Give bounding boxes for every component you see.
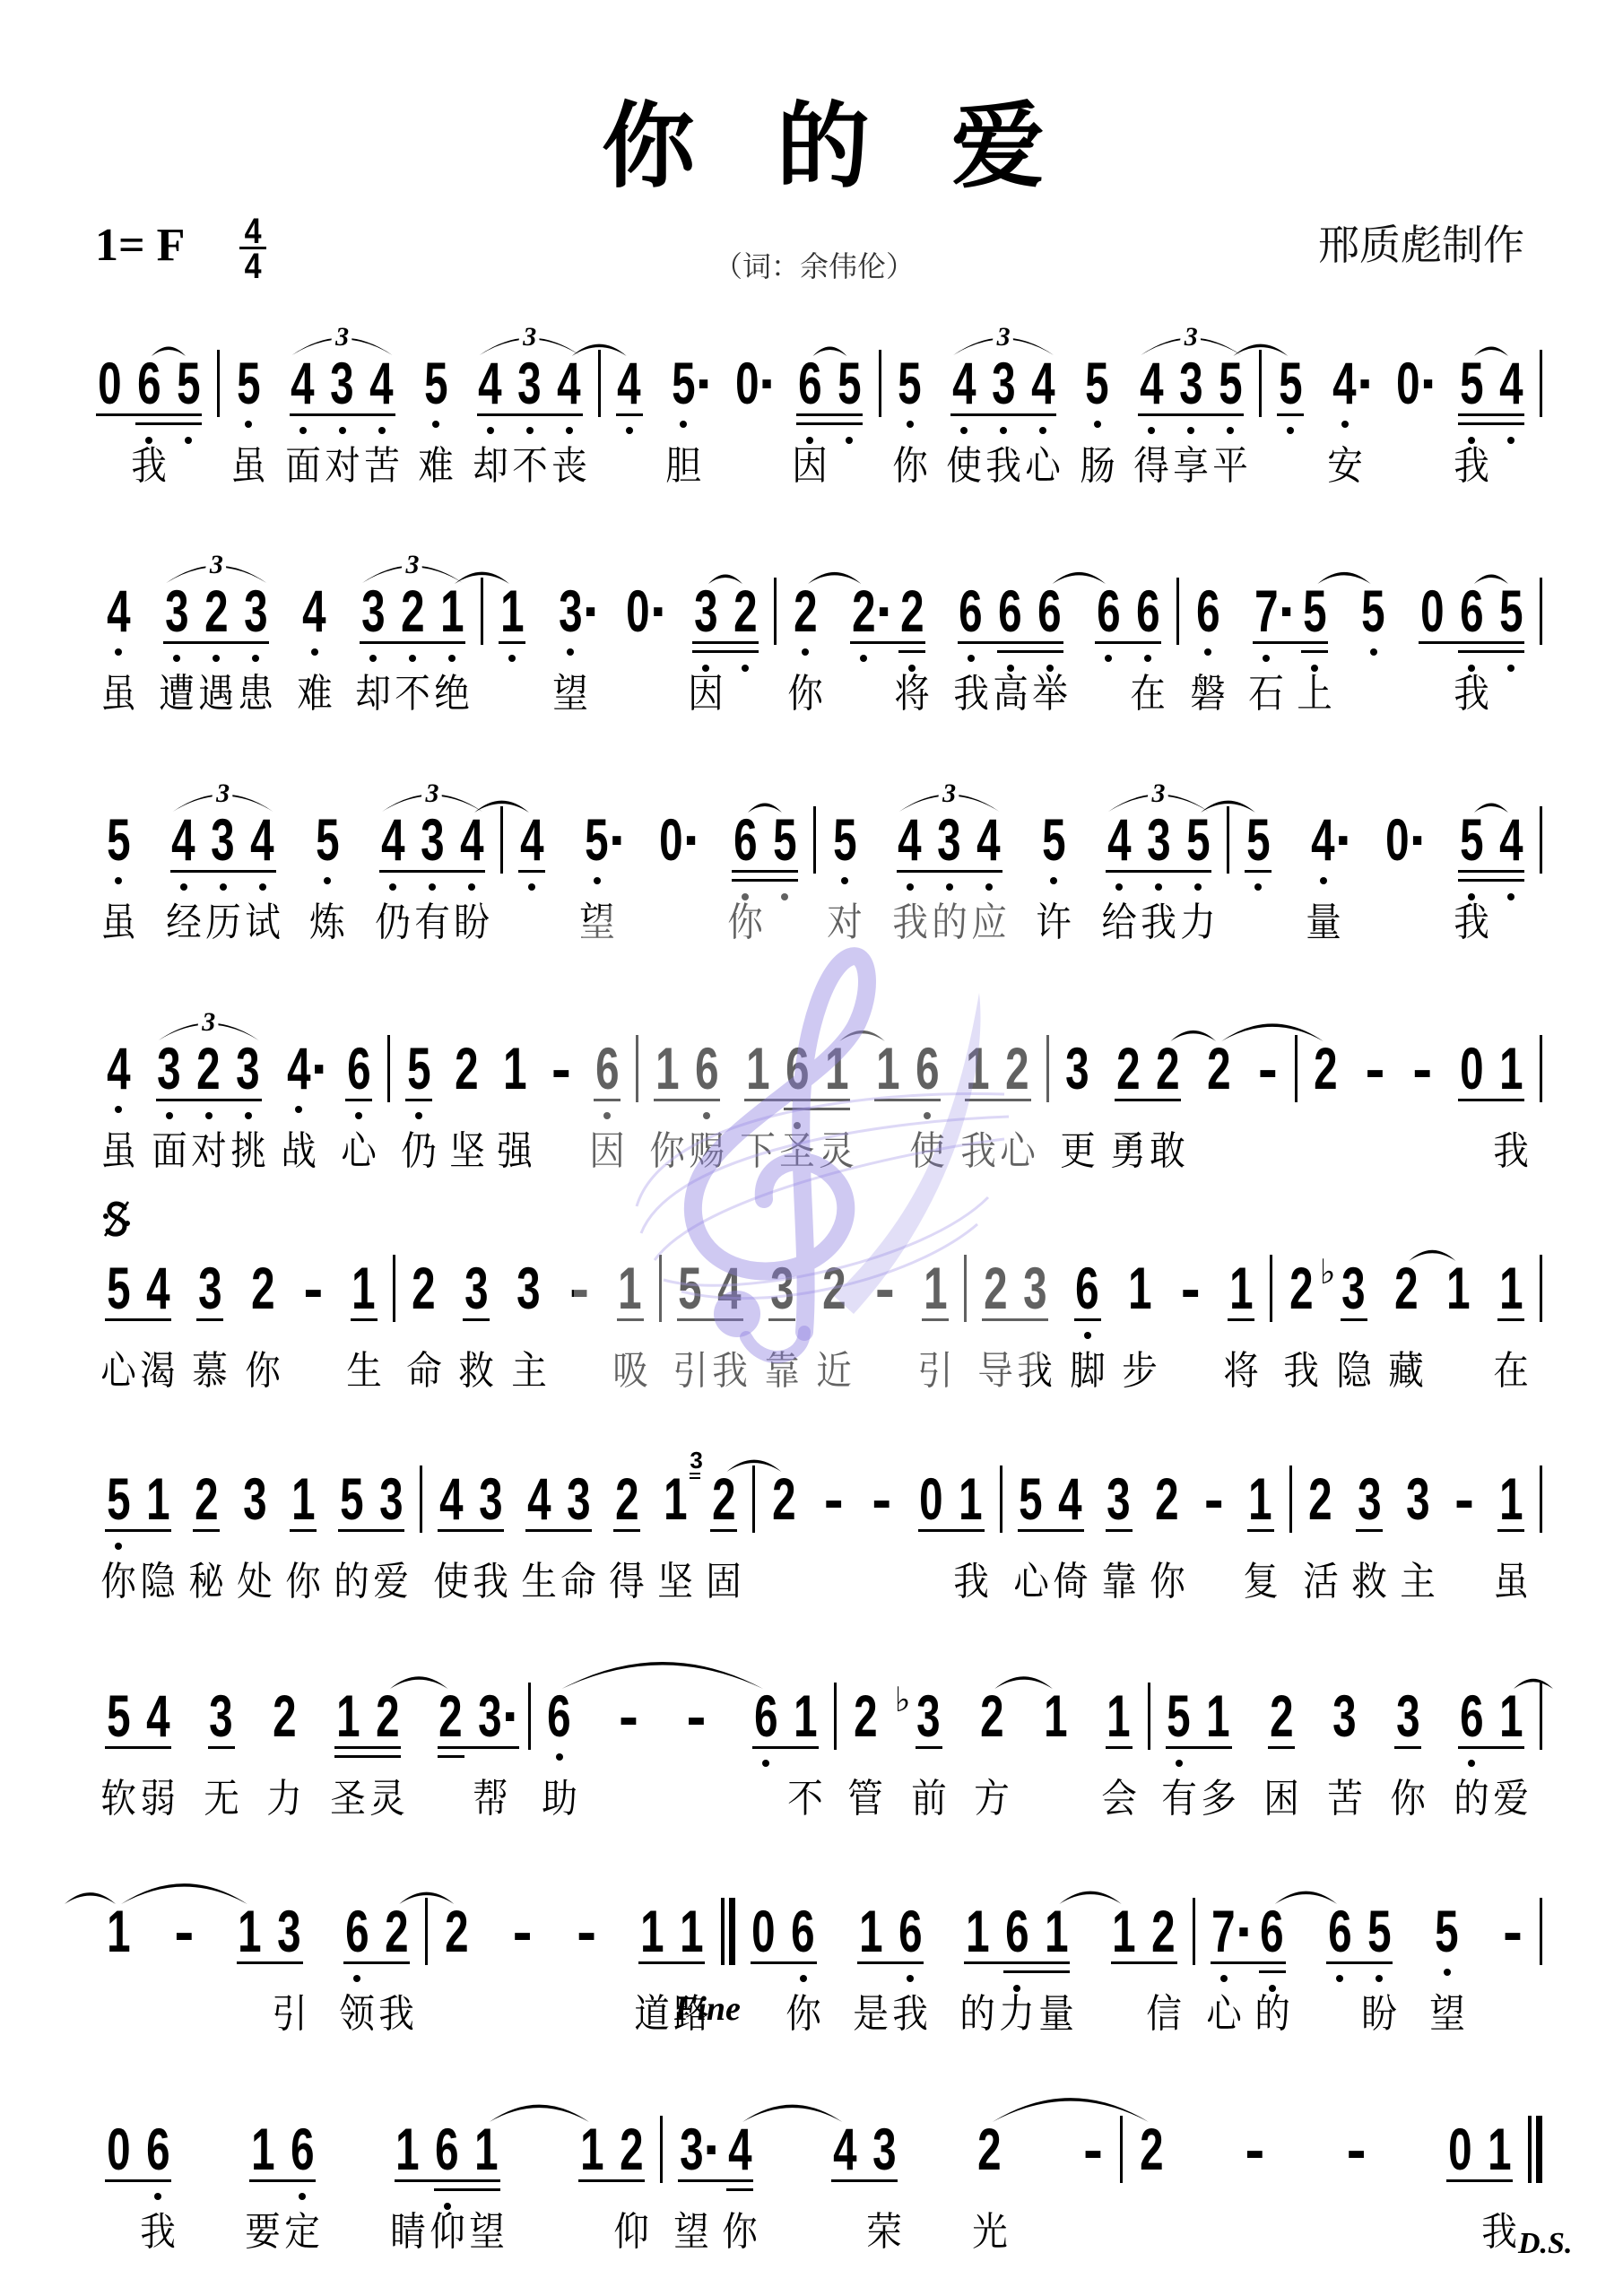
note: 3引 [270,1908,309,1954]
note: 1路 [672,1908,711,1954]
lyric-char: 渴 [140,1351,176,1392]
note-group: 3主 [1398,1475,1437,1522]
note: 2命 [404,1265,444,1311]
note: 5我 [1452,360,1491,406]
lyric-char: 主 [511,1351,547,1392]
lyric-char: 平 [1212,446,1248,487]
lyric-char: 高 [993,674,1028,715]
note-glyph: 1 [503,1045,526,1091]
note-glyph: · [582,587,602,634]
lyric-char: 望 [673,2212,709,2253]
lyric-char: 对 [325,446,360,487]
note-glyph: - [1258,1045,1278,1091]
measure: 3更2勇2敢2- [1049,1045,1295,1091]
note-glyph: 1 [440,587,464,634]
lyric-char: 管 [847,1779,883,1820]
low-octave-dot [324,877,331,884]
low-octave-dot [703,1112,710,1119]
note: 6因 [587,1045,627,1091]
note-group: 6因 [587,1045,627,1091]
note-glyph: 5 [1186,816,1210,863]
note: 4 [1491,360,1531,406]
note-group: 2困 [1262,1692,1301,1739]
note-glyph: 1 [395,2126,419,2172]
note: 6圣 [777,1045,817,1091]
note: 5虽 [99,816,138,863]
low-octave-dot [985,883,993,891]
note: 3有 [412,816,452,863]
lyric-char: 光 [972,2212,1008,2253]
note-group: 5你1隐 [99,1475,178,1522]
lyric-char: 虽 [100,674,136,715]
beam-line-eighth [371,1529,404,1532]
measure: 5你4使3我4心5肠4得3享5平 [881,360,1260,406]
note-group: 1我2心 [959,1045,1037,1091]
augmentation-dot: · [653,587,667,634]
note-group: 3望·4你 [672,2126,759,2172]
beam-line-eighth [706,2179,720,2182]
note-glyph: 6 [695,1045,718,1091]
note: 2不 [393,587,432,634]
low-octave-dot [389,883,396,891]
lyricist-credit: （词：余伟伦） [714,248,915,284]
note-group: 2 [1132,2126,1171,2172]
note-glyph: - [872,1475,891,1522]
note: 2灵 [368,1692,407,1739]
note-glyph: 1 [107,1908,130,1954]
low-octave-dot [1176,1760,1183,1767]
note-group: - [1075,2126,1111,2172]
note: 3靠 [1099,1475,1139,1522]
low-octave-dot [468,883,475,891]
note-glyph: - [569,1265,589,1311]
beam-line-eighth [1280,641,1295,644]
note-glyph: 3 [567,1475,590,1522]
note-glyph: 2 [772,1475,795,1522]
note: 4却 [471,360,510,406]
grace-note-beam [690,1473,700,1479]
beam-line-eighth [831,2179,864,2182]
note: 2我 [377,1908,416,1954]
lyric-char: 的 [932,902,968,944]
note: 4得 [1132,360,1171,406]
note-glyph: 4 [1058,1475,1081,1522]
note-group: 2 [1199,1045,1238,1091]
beam-line-eighth [360,641,393,644]
note-glyph: - [513,1908,533,1954]
lyric-char: 心 [1013,1561,1049,1603]
note-group: 0· [1377,816,1426,863]
lyric-char: 更 [1060,1131,1096,1172]
note-group: 5我4 [1452,816,1531,863]
note: 1会 [1099,1692,1139,1739]
note: 1量 [1037,1908,1076,1954]
note-glyph: 1 [664,1475,687,1522]
note: 3我 [1015,1265,1055,1311]
note-glyph: 4 [1031,360,1055,406]
lyric-char: 的 [960,1994,996,2035]
low-octave-dot [626,427,633,434]
note-group: 6的1爱 [1452,1692,1531,1739]
low-octave-dot [173,655,180,662]
lyric-char: 处 [237,1561,273,1603]
note-glyph: 1 [966,1045,989,1091]
note-glyph: 3 [1023,1265,1046,1311]
slur-arc [993,2098,1149,2122]
note-glyph: 2 [977,2126,1001,2172]
note: 4渴 [138,1265,178,1311]
lyric-char: 救 [1351,1561,1387,1603]
lyric-char: 我 [892,902,928,944]
note-group: 12信 [1105,1908,1184,1954]
note-group: 2我 [1281,1265,1321,1311]
augmentation-dot: · [706,2126,720,2172]
sustain-dash: - [505,1908,541,1954]
note-glyph: 1 [1488,2126,1511,2172]
note-glyph: 5 [1246,816,1270,863]
note-glyph: 1 [1045,1908,1068,1954]
sustain-dash: - [1196,1475,1232,1522]
note-glyph: 5 [1361,587,1384,634]
lyric-char: 望 [469,2212,505,2253]
note: 2心 [998,1045,1037,1091]
note-group: 1吸 [611,1265,650,1311]
low-octave-dot [1050,877,1057,884]
beam-line-eighth [984,413,1023,416]
slur-arc [490,2105,589,2122]
key-signature: 1= F [95,221,185,271]
lyric-char: 赐 [690,1131,725,1172]
low-octave-dot [924,1112,931,1119]
beam-line-eighth [829,413,863,416]
beam-line-eighth [290,413,323,416]
lyric-char: 量 [1306,902,1341,944]
beam-line-sixteenth [1458,422,1491,425]
beam-line-eighth [1074,1318,1101,1321]
lyric-char: 将 [895,674,931,715]
slur-arc [562,1662,764,1689]
low-octave-dot [205,1112,213,1119]
note-glyph: 1 [251,2126,274,2172]
low-octave-dot [1320,877,1327,884]
beam-line-sixteenth [169,422,202,425]
note: 6我 [890,1908,930,1954]
lyric-char: 我 [131,446,167,487]
double-bar-line [1528,2116,1542,2183]
note-group: - [561,1265,597,1311]
note-glyph: · [502,1692,522,1739]
lyric-char: 量 [1039,1994,1075,2035]
beam-line-eighth [890,1961,924,1964]
triplet-number: 3 [215,778,230,808]
note-glyph: 4 [618,360,641,406]
note-group: 1会 [1099,1692,1139,1739]
note-group: - [295,1265,331,1311]
note-group: 3靠 [1099,1475,1139,1522]
note-glyph: · [609,816,629,863]
note-glyph: 4 [460,816,483,863]
lyric-char: 倚 [1053,1561,1089,1603]
beam-line-eighth [796,413,829,416]
note: 1 [492,587,532,634]
note: 4 [512,816,551,863]
beam-line-eighth [958,641,991,644]
note-group: 3♭隐 [1334,1265,1374,1311]
note-glyph: 5 [1167,1692,1190,1739]
note-group: - [568,1908,604,1954]
beam-line-eighth [463,1318,490,1321]
lyric-char: 软 [100,1779,136,1820]
note-glyph: 1 [474,2126,498,2172]
note-glyph: 1 [1499,1692,1523,1739]
note-glyph: 5 [107,1265,130,1311]
music-system: 4虽3面2对3挑4战·6心5仍2坚1强-6因1你6赐1下6圣1灵16使1我2心3… [90,1045,1542,1091]
triplet-number: 3 [201,1007,215,1037]
low-octave-dot [781,893,788,900]
lyric-char: 我 [712,1351,748,1392]
note-glyph: 1 [618,1265,641,1311]
beam-line-sixteenth [829,422,863,425]
low-octave-dot [1039,427,1046,434]
note-group: 0· [727,360,776,406]
measure: 54安·0·5我4 [1262,360,1540,406]
beam-line-eighth [1458,413,1491,416]
note-glyph: 6 [345,1908,369,1954]
beam-line-eighth [559,1529,592,1532]
note: 1你 [283,1475,323,1522]
low-octave-dot [566,427,573,434]
beam-line-sixteenth [692,650,725,653]
note-glyph: 1 [352,1265,376,1311]
beam-line-sixteenth [817,1108,850,1110]
note-group: 5虽 [229,360,268,406]
triplet-number: 3 [1150,778,1165,808]
lyric-char: 有 [1161,1779,1197,1820]
note-group: 3望· [551,587,599,634]
note: 5你 [890,360,930,406]
note-glyph: 2 [615,1475,638,1522]
lyric-char: 肠 [1080,446,1115,487]
note: 4虽 [99,587,138,634]
note-glyph: 2 [1309,1475,1332,1522]
lyric-char: 却 [473,446,508,487]
low-octave-dot [907,1975,914,1982]
lyric-char: 坚 [658,1561,694,1603]
triplet-number: 3 [334,322,349,352]
measure: 1你6赐1下6圣1灵16使1我2心 [638,1045,1046,1091]
measure: 5你1隐2秘3处1你5的3爱 [90,1475,420,1522]
note-glyph: 3 [479,1475,502,1522]
note-group: 2坚 [447,1045,487,1091]
note-group: 3苦 [1325,1692,1365,1739]
note-glyph: 0 [1420,587,1444,634]
note-group: 3慕 [190,1265,230,1311]
low-octave-dot [1204,648,1211,656]
note: 1 [868,1045,907,1091]
note-group: 5引4我 [671,1265,750,1311]
note-glyph: 2 [385,1908,408,1954]
beam-line-eighth [878,641,892,644]
sustain-dash: - [1173,1265,1209,1311]
beam-line-sixteenth [1030,650,1063,653]
lyric-char: 脚 [1070,1351,1106,1392]
note-glyph: 5 [424,360,447,406]
lyric-char: 爱 [373,1561,409,1603]
music-system: 06我55虽4面3对4苦5难4却3不4丧45胆·0·6因55你4使3我4心5肠4… [90,360,1542,406]
lyric-char: 步 [1122,1351,1158,1392]
low-octave-dot [960,427,968,434]
lyric-char: 给 [1101,902,1137,944]
lyric-char: 安 [1327,446,1363,487]
triplet-number: 3 [209,550,223,579]
beam-line-eighth [1268,1746,1295,1749]
triplet-number: 3 [404,550,419,579]
note: 5望 [1428,1908,1467,1954]
note: 1强 [495,1045,534,1091]
note-glyph: 1 [1206,1692,1229,1739]
note-glyph: 3 [992,360,1015,406]
note-glyph: 4 [558,360,581,406]
note-group: 4虽 [99,1045,138,1091]
beam-line-eighth [997,1961,1037,1964]
note-group: - [611,1692,647,1739]
note: 2管 [846,1692,885,1739]
note-group: 5难 [416,360,456,406]
note: 5你 [99,1475,138,1522]
note-group: 1的6力1量 [958,1908,1076,1954]
note-glyph: 0 [1385,816,1409,863]
note: 3主 [509,1265,549,1311]
note-glyph: 0 [659,816,682,863]
note-glyph: 0 [107,2126,130,2172]
note-group: 5望· [577,816,626,863]
measure: 45胆·0·6因5 [601,360,879,406]
measure: 45望·0·6你5 [503,816,813,863]
note: 6 [1089,587,1128,634]
low-octave-dot [180,883,187,891]
note-glyph: 3 [211,816,234,863]
lyric-char: 你 [727,902,763,944]
measure: 4使3我4生3命2得1坚23固 [422,1475,752,1522]
lyric-char: 盼 [1361,1994,1397,2035]
note-glyph: 1 [794,1692,817,1739]
beam-line-eighth [1341,1318,1367,1321]
note-glyph: 0 [735,360,759,406]
beam-line-eighth [338,1529,371,1532]
beam-line-eighth [692,641,725,644]
low-octave-dot [448,655,456,662]
note-group: 1将 [1221,1265,1261,1311]
note: 4 [825,2126,864,2172]
note: 6磐 [1188,587,1228,634]
note-glyph: 6 [1328,1908,1351,1954]
lyric-char: 你 [892,446,928,487]
beam-line-eighth [362,413,395,416]
note-glyph: 6 [733,816,757,863]
note-glyph: 1 [640,1908,664,1954]
beam-line-sixteenth [434,2188,467,2191]
note-glyph: 2 [412,1265,436,1311]
lyric-char: 你 [100,1561,136,1603]
lyric-char: 生 [521,1561,557,1603]
note-group: - [1250,1045,1286,1091]
note-group: 3主 [509,1265,549,1311]
note-group: 5胆· [664,360,712,406]
low-octave-dot [1336,1975,1343,1982]
note-group: 6因5 [790,360,869,406]
low-octave-dot [1376,1975,1383,1982]
note: 1 [99,1908,138,1954]
note-group: 2·2将 [844,587,932,634]
lyric-char: 的 [1454,1779,1489,1820]
note-glyph: 6 [1097,587,1120,634]
sustain-dash: - [1339,2126,1375,2172]
note: 3慕 [190,1265,230,1311]
note-glyph: 3 [1358,1475,1381,1522]
note-group: 2方 [972,1692,1011,1739]
beam-line-eighth [249,2179,282,2182]
measure: 2活3救3主-1虽 [1292,1475,1540,1522]
beam-line-eighth [169,413,202,416]
beam-line-eighth [138,2179,171,2182]
note: 5 [169,360,208,406]
low-octave-dot [1148,427,1155,434]
note: 2方 [972,1692,1011,1739]
note-glyph: 6 [916,1045,939,1091]
note-group: 4量· [1304,816,1352,863]
note: 2仰 [612,2126,651,2172]
note-glyph: 0 [1396,360,1419,406]
note-glyph: - [1083,2126,1103,2172]
note-group: - [679,1692,715,1739]
low-octave-dot [166,1112,173,1119]
note-glyph: - [1412,1045,1432,1091]
sustain-dash: - [561,1265,597,1311]
note-group: - [1196,1475,1232,1522]
low-octave-dot [1115,883,1123,891]
note: 6领 [337,1908,377,1954]
lyric-char: 弱 [140,1779,176,1820]
note-group: 1坚 [655,1475,695,1522]
beam-line-eighth [1458,1099,1491,1101]
note-glyph: 5 [1460,360,1483,406]
note: 3面 [150,1045,189,1091]
note: 6因 [790,360,829,406]
note: 4使 [431,1475,471,1522]
note-glyph: 4 [833,2126,856,2172]
augmentation-dot: · [505,1692,519,1739]
lyric-char: 炼 [310,902,346,944]
lyric-char: 你 [1150,1561,1185,1603]
low-octave-dot [432,421,439,428]
beam-line-eighth [1148,1099,1181,1101]
note-group: 1下6圣1灵 [738,1045,856,1091]
note: 5上 [1295,587,1334,634]
measure: 6磐7石·5上506我5 [1179,587,1540,634]
beam-line-eighth [918,1529,951,1532]
low-octave-dot [1254,883,1262,891]
beam-line-sixteenth [1301,650,1328,653]
triplet-group: 4得3享5平 [1132,360,1250,406]
lyric-char: 力 [266,1779,302,1820]
note: 3享 [1171,360,1211,406]
note: 1我 [1480,2126,1519,2172]
note-glyph: 3 [1179,360,1202,406]
beam-line-eighth [1458,1746,1491,1749]
note-group: 06你 [744,1908,823,1954]
triplet-group: 4给3我5力 [1099,816,1218,863]
lyric-char: 的 [1254,1994,1290,2035]
